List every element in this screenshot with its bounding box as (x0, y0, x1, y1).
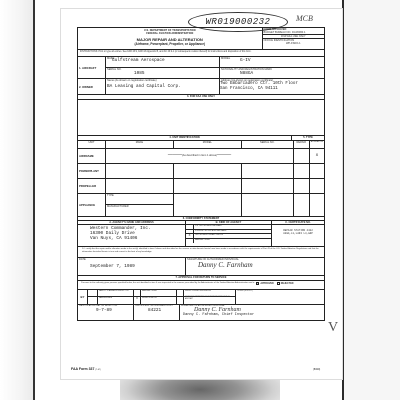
type-title: 5. TYPE (292, 136, 324, 140)
owner-name-value: BA Leasing and Capital Corp. (106, 84, 219, 89)
approved-label: APPROVED (259, 282, 274, 285)
agency-label: A. Agency's Name and Address (78, 221, 185, 225)
option-repair-station-checkbox[interactable]: X (134, 297, 141, 304)
handwritten-checkmark: V (328, 320, 338, 336)
instructions-text: INSTRUCTIONS: Print or type all entries.… (78, 50, 253, 56)
unit-identification-title: 4. UNIT IDENTIFICATION (78, 136, 292, 140)
scan-border-right (342, 0, 400, 400)
airframe-repair-checkbox[interactable] (294, 149, 310, 163)
col-unit: Unit (78, 141, 106, 148)
powerplant-repair-checkbox[interactable] (294, 164, 310, 178)
approval-signer-printed: Danny C. Farnham, Chief Inspector (180, 313, 324, 317)
powerplant-model[interactable] (174, 164, 242, 178)
form-title-block: U.S. Department of Transportation Federa… (78, 28, 263, 49)
scan-border-left (0, 0, 35, 400)
airframe-alteration-checkbox[interactable]: X (310, 149, 324, 163)
faa-use-section-title: 3. FOR FAA USE ONLY (78, 95, 324, 100)
unit-appliance-label: APPLIANCE (78, 194, 106, 216)
aircraft-make-field[interactable]: Make Gulfstream Aerospace (106, 57, 220, 67)
airframe-description[interactable]: **************(As described in Item 1 ab… (106, 149, 294, 163)
handwritten-initials: MCB (296, 14, 313, 23)
conformity-section: 6. CONFORMITY STATEMENT A. Agency's Name… (78, 217, 324, 277)
propeller-repair-checkbox[interactable] (294, 179, 310, 193)
powerplant-serial[interactable] (242, 164, 294, 178)
propeller-serial[interactable] (242, 179, 294, 193)
date-label: Date (78, 258, 185, 261)
kind-option-manufacturer[interactable]: Manufacturer (186, 239, 271, 244)
nationality-value: N88GA (220, 71, 324, 76)
office-identification-value: WP-FSDO-1 (263, 42, 325, 45)
approval-date-field[interactable]: Date of Approval or Rejection 9-7-89 (78, 305, 134, 320)
powerplant-make[interactable] (106, 164, 174, 178)
serial-value: 1085 (106, 71, 219, 76)
form-subtitle: (Airframe, Powerplant, Propeller, or App… (78, 42, 262, 46)
approval-section: 7. APPROVAL FOR RETURN TO SERVICE Pursua… (78, 276, 324, 320)
option-canadian-dot: Canadian Department of Transport Inspect… (184, 297, 235, 304)
aircraft-section-label: 1. AIRCRAFT (78, 57, 106, 78)
col-alteration: Alteration (310, 141, 324, 148)
owner-address-line-2: San Francisco, CA 94111 (220, 87, 324, 92)
option-manufacturer-checkbox[interactable] (134, 290, 141, 297)
option-faa-inspector: FAA Flt. Standards Inspector (98, 290, 134, 297)
approval-text: Pursuant to the authority given persons … (78, 281, 324, 289)
by-label: BY (78, 290, 88, 304)
certificate-label: C. Certificate No. (272, 221, 324, 225)
unit-propeller-label: PROPELLER (78, 179, 106, 193)
option-faa-inspector-checkbox[interactable] (88, 290, 98, 297)
approval-signature-row: Date of Approval or Rejection 9-7-89 Cer… (78, 305, 324, 320)
unit-identification-section: 4. UNIT IDENTIFICATION 5. TYPE Unit Make… (78, 136, 324, 217)
unit-powerplant-label: POWERPLANT (78, 164, 106, 178)
rejected-label: REJECTED (280, 282, 295, 285)
appliance-model[interactable] (174, 194, 242, 216)
agency-name-address[interactable]: A. Agency's Name and Address Western Com… (78, 221, 186, 246)
model-value: G-IV (220, 58, 324, 63)
aircraft-model-field[interactable]: Model G-IV (220, 57, 324, 67)
unit-row-airframe: AIRFRAME **************(As described in … (78, 149, 324, 164)
certificate-number[interactable]: C. Certificate No. REPAIR STATION 4422 A… (272, 221, 324, 246)
unit-row-appliance: APPLIANCE Type Manufacturer (78, 194, 324, 216)
unit-table-header: Unit Make Model Serial No. Repair Altera… (78, 141, 324, 149)
col-make: Make (106, 141, 174, 148)
appliance-manufacturer-label: Manufacturer (106, 205, 173, 216)
approval-date-value: 9-7-89 (78, 308, 133, 313)
approval-cert-field[interactable]: Certificate or Designation No. 84221 (134, 305, 180, 320)
form-number-label: FAA Form 337 (71, 367, 94, 371)
faa-use-block: Form Approved Budget Bureau No. 04-R0060… (263, 28, 325, 49)
option-other[interactable]: Other (Specify) (236, 290, 324, 304)
owner-name-label: Name (As shown on registration certifica… (106, 79, 219, 82)
approval-cert-value: 84221 (134, 308, 179, 313)
option-inspection-authorization: Inspection Authorization (184, 290, 235, 297)
option-faa-designee-checkbox[interactable] (88, 297, 98, 304)
option-repair-station: Repair Station (141, 297, 177, 304)
powerplant-alteration-checkbox[interactable] (310, 164, 324, 178)
unit-row-powerplant: POWERPLANT (78, 164, 324, 179)
appliance-alteration-checkbox[interactable] (310, 194, 324, 216)
option-canadian-dot-checkbox[interactable] (177, 297, 184, 304)
col-model: Model (174, 141, 242, 148)
conformity-date-field[interactable]: Date September 7, 1989 (78, 258, 186, 275)
option-manufacturer: Manufacturer (141, 290, 177, 297)
approval-by-grid: BY FAA Flt. Standards Inspector Manufact… (78, 289, 324, 305)
owner-section-label: 2. OWNER (78, 79, 106, 94)
unit-row-propeller: PROPELLER (78, 179, 324, 194)
form-header: U.S. Department of Transportation Federa… (78, 28, 324, 50)
owner-name-field[interactable]: Name (As shown on registration certifica… (106, 79, 220, 94)
propeller-make[interactable] (106, 179, 174, 193)
appliance-serial[interactable] (242, 194, 294, 216)
form-code: (8320) (313, 368, 320, 371)
appliance-type-manufacturer[interactable]: Type Manufacturer (106, 194, 174, 216)
appliance-repair-checkbox[interactable] (294, 194, 310, 216)
aircraft-section: 1. AIRCRAFT Make Gulfstream Aerospace Mo… (78, 57, 324, 79)
date-value: September 7, 1989 (78, 264, 185, 269)
owner-address-field[interactable]: Address (As shown on registration certif… (220, 79, 324, 94)
aircraft-registration-field[interactable]: Nationality and Registration Mark N88GA (220, 68, 324, 78)
unit-airframe-label: AIRFRAME (78, 149, 106, 163)
certification-statement: D. I certify that the repair and/or alte… (78, 247, 324, 258)
form-date: (7-67) (95, 369, 100, 371)
option-faa-designee: FAA Designee (98, 297, 134, 304)
owner-section: 2. OWNER Name (As shown on registration … (78, 79, 324, 95)
make-value: Gulfstream Aerospace (106, 58, 219, 63)
option-inspection-authorization-checkbox[interactable] (177, 290, 184, 297)
kind-of-agency: B. Kind of Agency U.S. Certificated Mech… (186, 221, 272, 246)
conformity-signature-field[interactable]: Signature of Authorized Individual Danny… (186, 258, 324, 275)
agency-line-3: Van Nuys, CA 91406 (78, 236, 185, 241)
certificate-line-2: A2&4,L1,L2&3 L4,A&P (272, 232, 324, 235)
col-serial: Serial No. (242, 141, 294, 148)
propeller-model[interactable] (174, 179, 242, 193)
signature-value: Danny C. Farnham (186, 261, 324, 269)
aircraft-serial-field[interactable]: Serial No. 1085 (106, 68, 220, 78)
propeller-alteration-checkbox[interactable] (310, 179, 324, 193)
agency-line-2: Federal Aviation Administration (78, 32, 262, 35)
instructions-row: INSTRUCTIONS: Print or type all entries.… (78, 50, 324, 57)
col-repair: Repair (294, 141, 310, 148)
approval-signature-field[interactable]: Signature of Authorized Individual Danny… (180, 305, 324, 320)
form-number: FAA Form 337 (7-67) (71, 367, 101, 371)
faa-use-section: 3. FOR FAA USE ONLY (78, 95, 324, 136)
faa-form-337: U.S. Department of Transportation Federa… (77, 27, 325, 321)
appliance-type-label: Type (106, 194, 173, 206)
